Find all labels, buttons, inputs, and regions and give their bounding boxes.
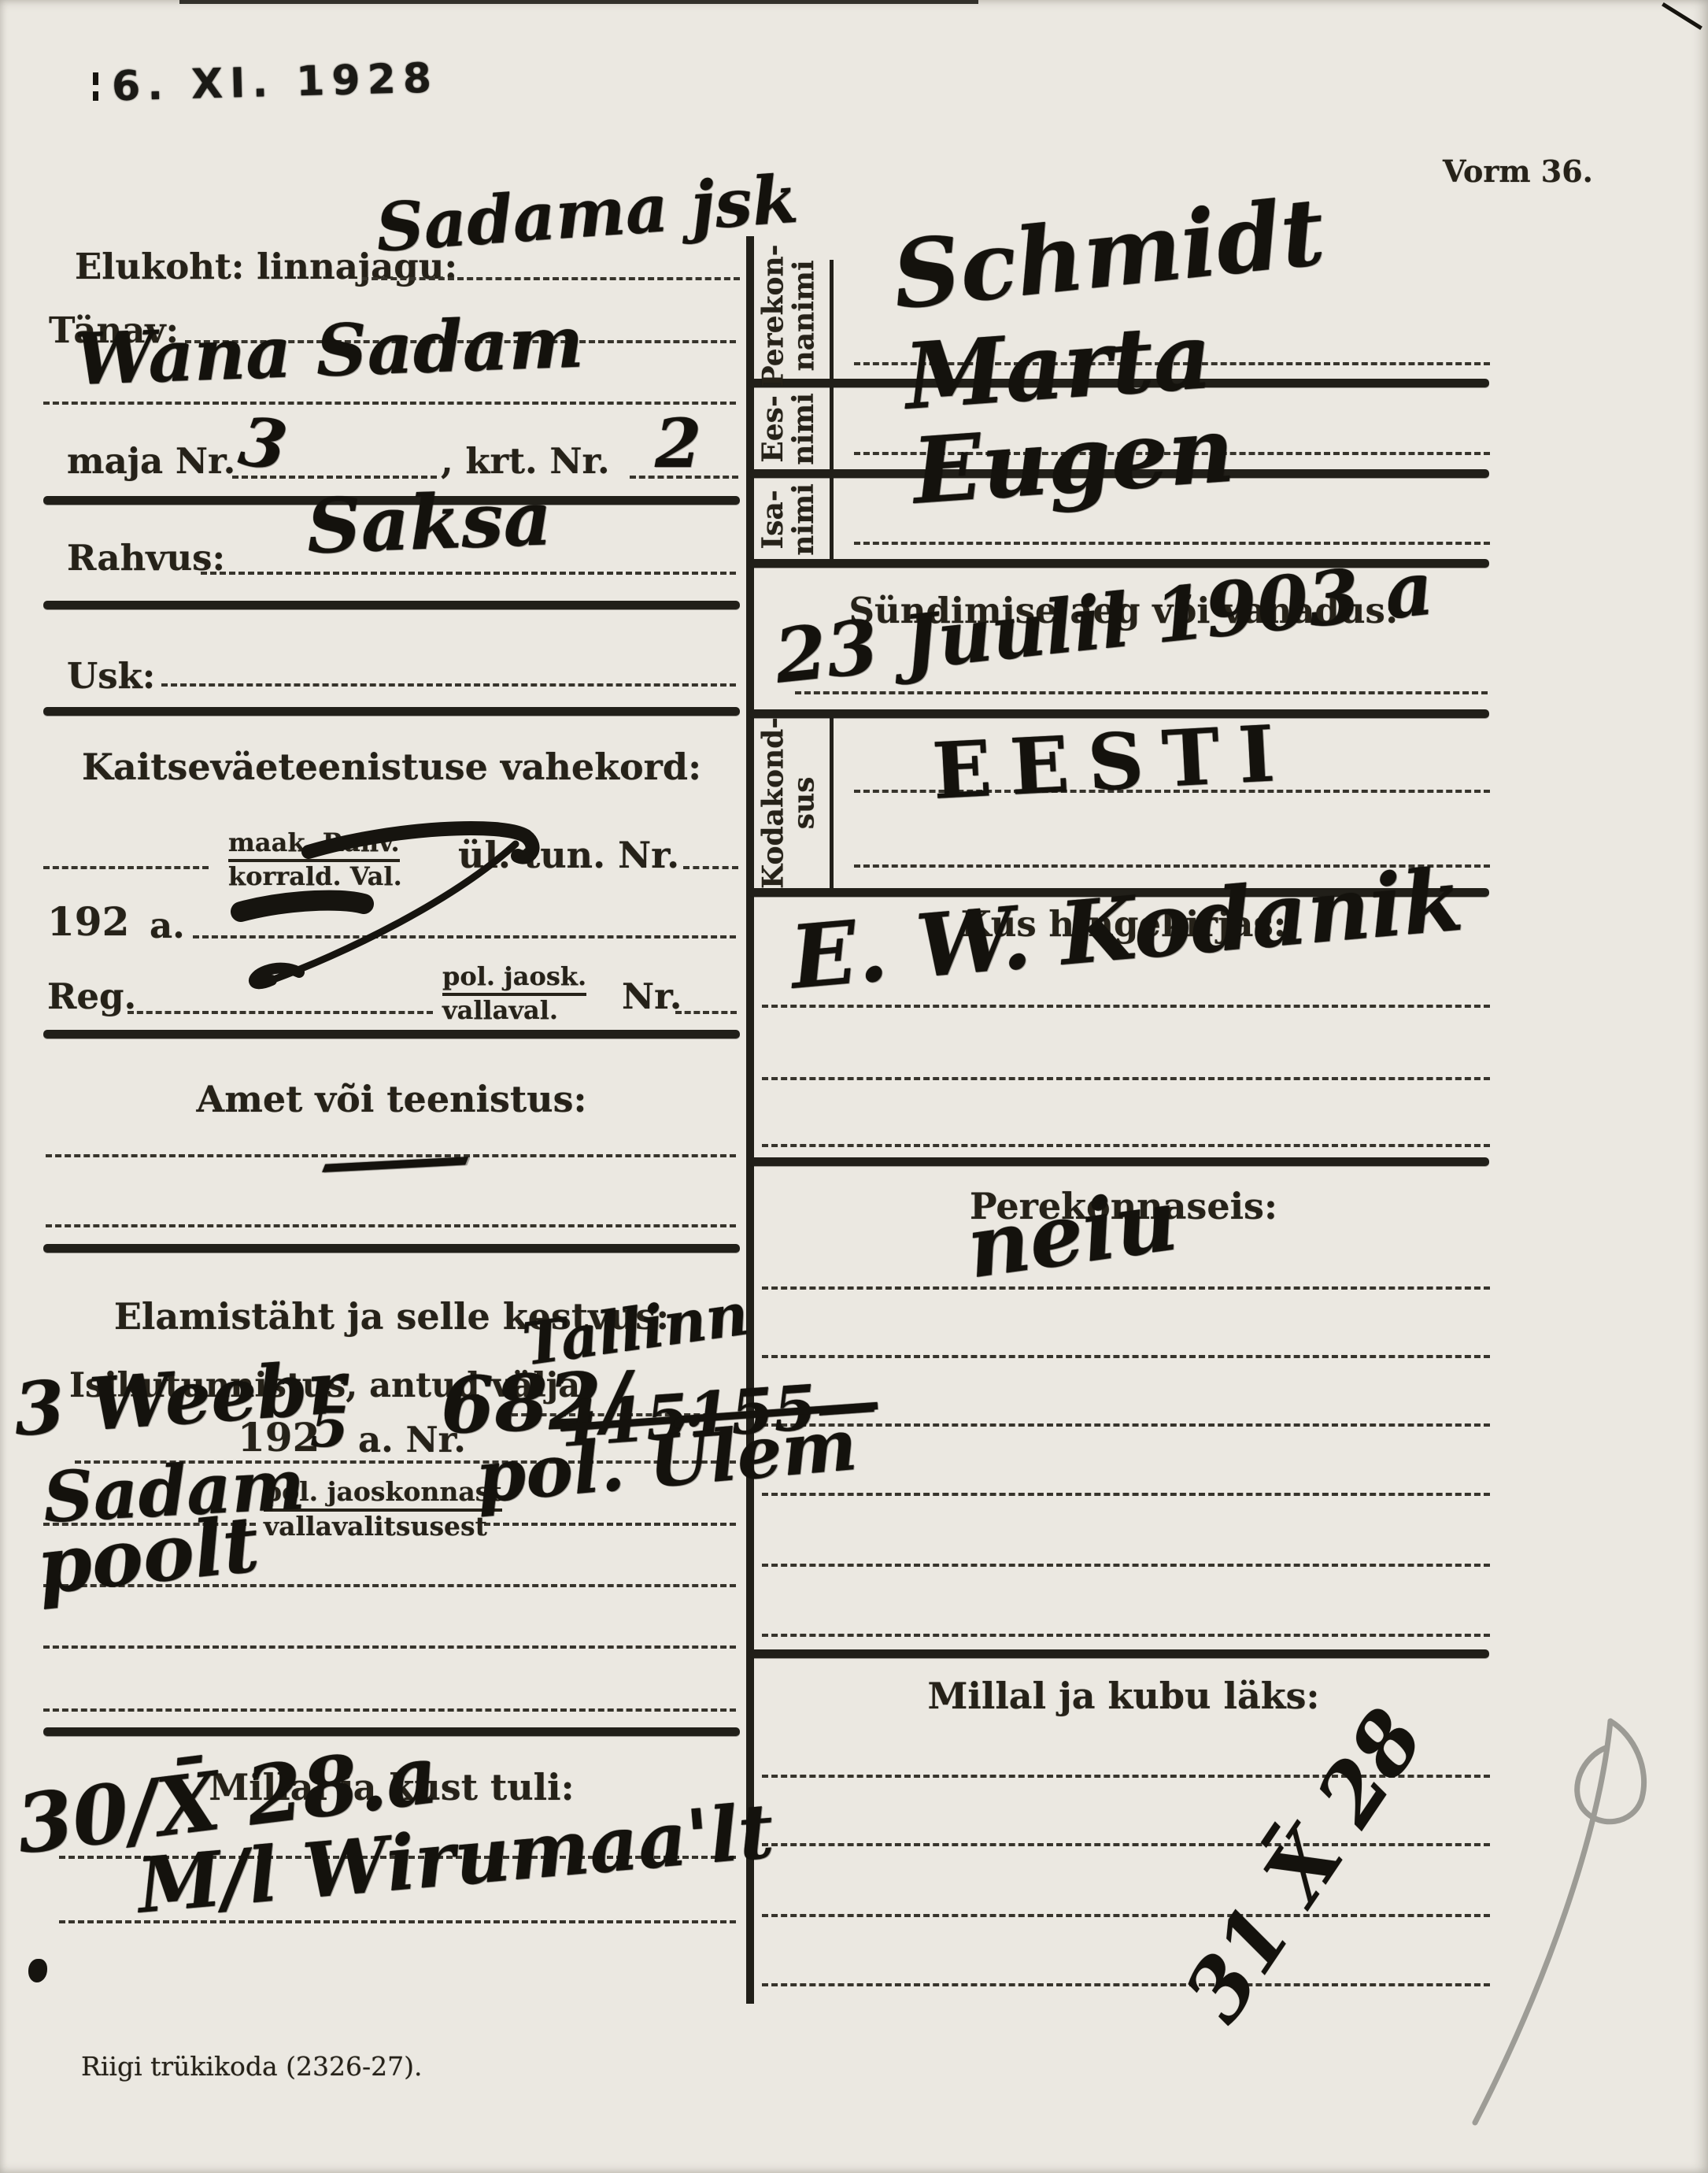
dotted-line	[362, 277, 740, 280]
label-line: sus	[789, 717, 819, 889]
dotted-line	[762, 1286, 1490, 1290]
birthdate-handwriting: 23 Juulil 1903 a	[771, 551, 1436, 694]
kaitsevae-heading: Kaitseväeteenistuse vahekord:	[43, 748, 740, 786]
nr-label: Nr.	[622, 978, 682, 1015]
dotted-line	[201, 572, 736, 575]
ink-blot	[28, 1959, 47, 1982]
dotted-line	[683, 866, 738, 869]
eesnimi-label: Ees- nimi	[749, 387, 828, 471]
dotted-line	[762, 1355, 1490, 1358]
printer-note: Riigi trükikoda (2326-27).	[81, 2053, 422, 2081]
stamp-edge-mark	[93, 72, 98, 85]
amet-value-handwriting: —	[313, 1122, 477, 1198]
label-line: nanimi	[789, 244, 819, 387]
pol-jaosk-fraction: pol. jaosk. vallaval.	[442, 962, 586, 1025]
ul-tun-nr-label: ül. tun. Nr.	[458, 836, 679, 874]
dotted-line	[484, 1523, 736, 1526]
isanimi-label: Isa- nimi	[749, 479, 828, 561]
tanav-value-handwriting: Wana Sadam	[73, 306, 584, 395]
dotted-line	[193, 935, 736, 938]
dotted-line	[43, 402, 736, 405]
citizenship-handwriting: EESTI	[930, 715, 1295, 811]
section-rule	[43, 601, 740, 609]
label-line: Isa-	[758, 483, 789, 556]
fraction-bottom: korrald. Val.	[228, 862, 402, 891]
section-rule	[43, 1030, 740, 1038]
elukoht-value-handwriting: Sadama jsk	[374, 166, 800, 261]
label-line: Perekon-	[758, 244, 789, 387]
maja-nr-label: maja Nr.	[67, 442, 235, 479]
surname-handwriting: Schmidt	[889, 185, 1329, 323]
section-rule	[43, 1244, 740, 1253]
scan-edge-top	[179, 0, 978, 4]
dotted-line	[43, 1645, 736, 1649]
dotted-line	[762, 1144, 1490, 1147]
label-column-line	[830, 260, 834, 561]
rahvus-value-handwriting: Saksa	[305, 481, 553, 565]
document-page: 6. XI. 1928 Vorm 36. Elukoht: linnajagu:…	[0, 0, 1708, 2173]
usk-label: Usk:	[67, 657, 155, 694]
poolt-handwriting: poolt	[34, 1506, 262, 1606]
year-192-label: 192	[47, 901, 129, 943]
departure-date-handwriting-wrap: 31 X̄ 28	[1216, 1905, 1547, 2118]
perekonnanimi-label: Perekon- nanimi	[749, 250, 828, 380]
scan-corner-mark	[1662, 2, 1702, 30]
marital-status-handwriting: neiu	[962, 1177, 1181, 1290]
dotted-line	[854, 542, 1490, 545]
krt-nr-label: , krt. Nr.	[441, 442, 610, 479]
dotted-line	[762, 1077, 1490, 1080]
dotted-line	[43, 1708, 736, 1712]
dotted-line	[43, 866, 209, 869]
issue-date-handwriting: 3 Weebr	[12, 1351, 348, 1446]
hingekirjas-value-handwriting: E. W. Kodanik	[787, 857, 1466, 1001]
fraction-top: maak. Rahv.	[228, 828, 400, 862]
dotted-line	[762, 1564, 1490, 1567]
kodakondsus-label: Kodakond- sus	[749, 720, 828, 886]
reg-label: Reg.	[47, 978, 136, 1015]
section-rule	[749, 1649, 1489, 1658]
amet-heading: Amet või teenistus:	[43, 1080, 740, 1118]
stamp-edge-mark-2	[93, 91, 98, 101]
a-label: a.	[150, 907, 185, 944]
maak-korrald-fraction: maak. Rahv. korrald. Val.	[228, 828, 402, 891]
dotted-line	[795, 691, 1488, 694]
label-line: Ees-	[758, 393, 789, 465]
dotted-line	[46, 1224, 736, 1227]
label-line: nimi	[789, 393, 819, 465]
section-rule	[749, 1157, 1489, 1166]
dotted-line	[762, 1634, 1490, 1637]
fathername-handwriting: Eugen	[910, 405, 1237, 517]
dotted-line	[675, 1011, 737, 1014]
departure-date-handwriting: 31 X̄ 28	[1169, 1695, 1440, 2037]
dotted-line	[762, 1005, 1490, 1008]
maja-nr-value-handwriting: 3	[235, 408, 290, 480]
dotted-line	[161, 683, 736, 687]
fraction-bottom: vallaval.	[442, 996, 586, 1025]
krt-nr-value-handwriting: 2	[655, 411, 701, 478]
fraction-top: pol. jaosk.	[442, 962, 586, 996]
section-rule	[43, 707, 740, 716]
dotted-line	[762, 1843, 1490, 1846]
date-stamp: 6. XI. 1928	[111, 57, 438, 109]
label-line: nimi	[789, 483, 819, 556]
dotted-line	[128, 1011, 433, 1014]
dotted-line	[762, 1493, 1490, 1496]
form-number: Vorm 36.	[1443, 156, 1593, 187]
year-hand-digit: 5	[310, 1400, 349, 1455]
label-column-line-2	[830, 715, 834, 890]
label-line: Kodakond-	[758, 717, 789, 889]
